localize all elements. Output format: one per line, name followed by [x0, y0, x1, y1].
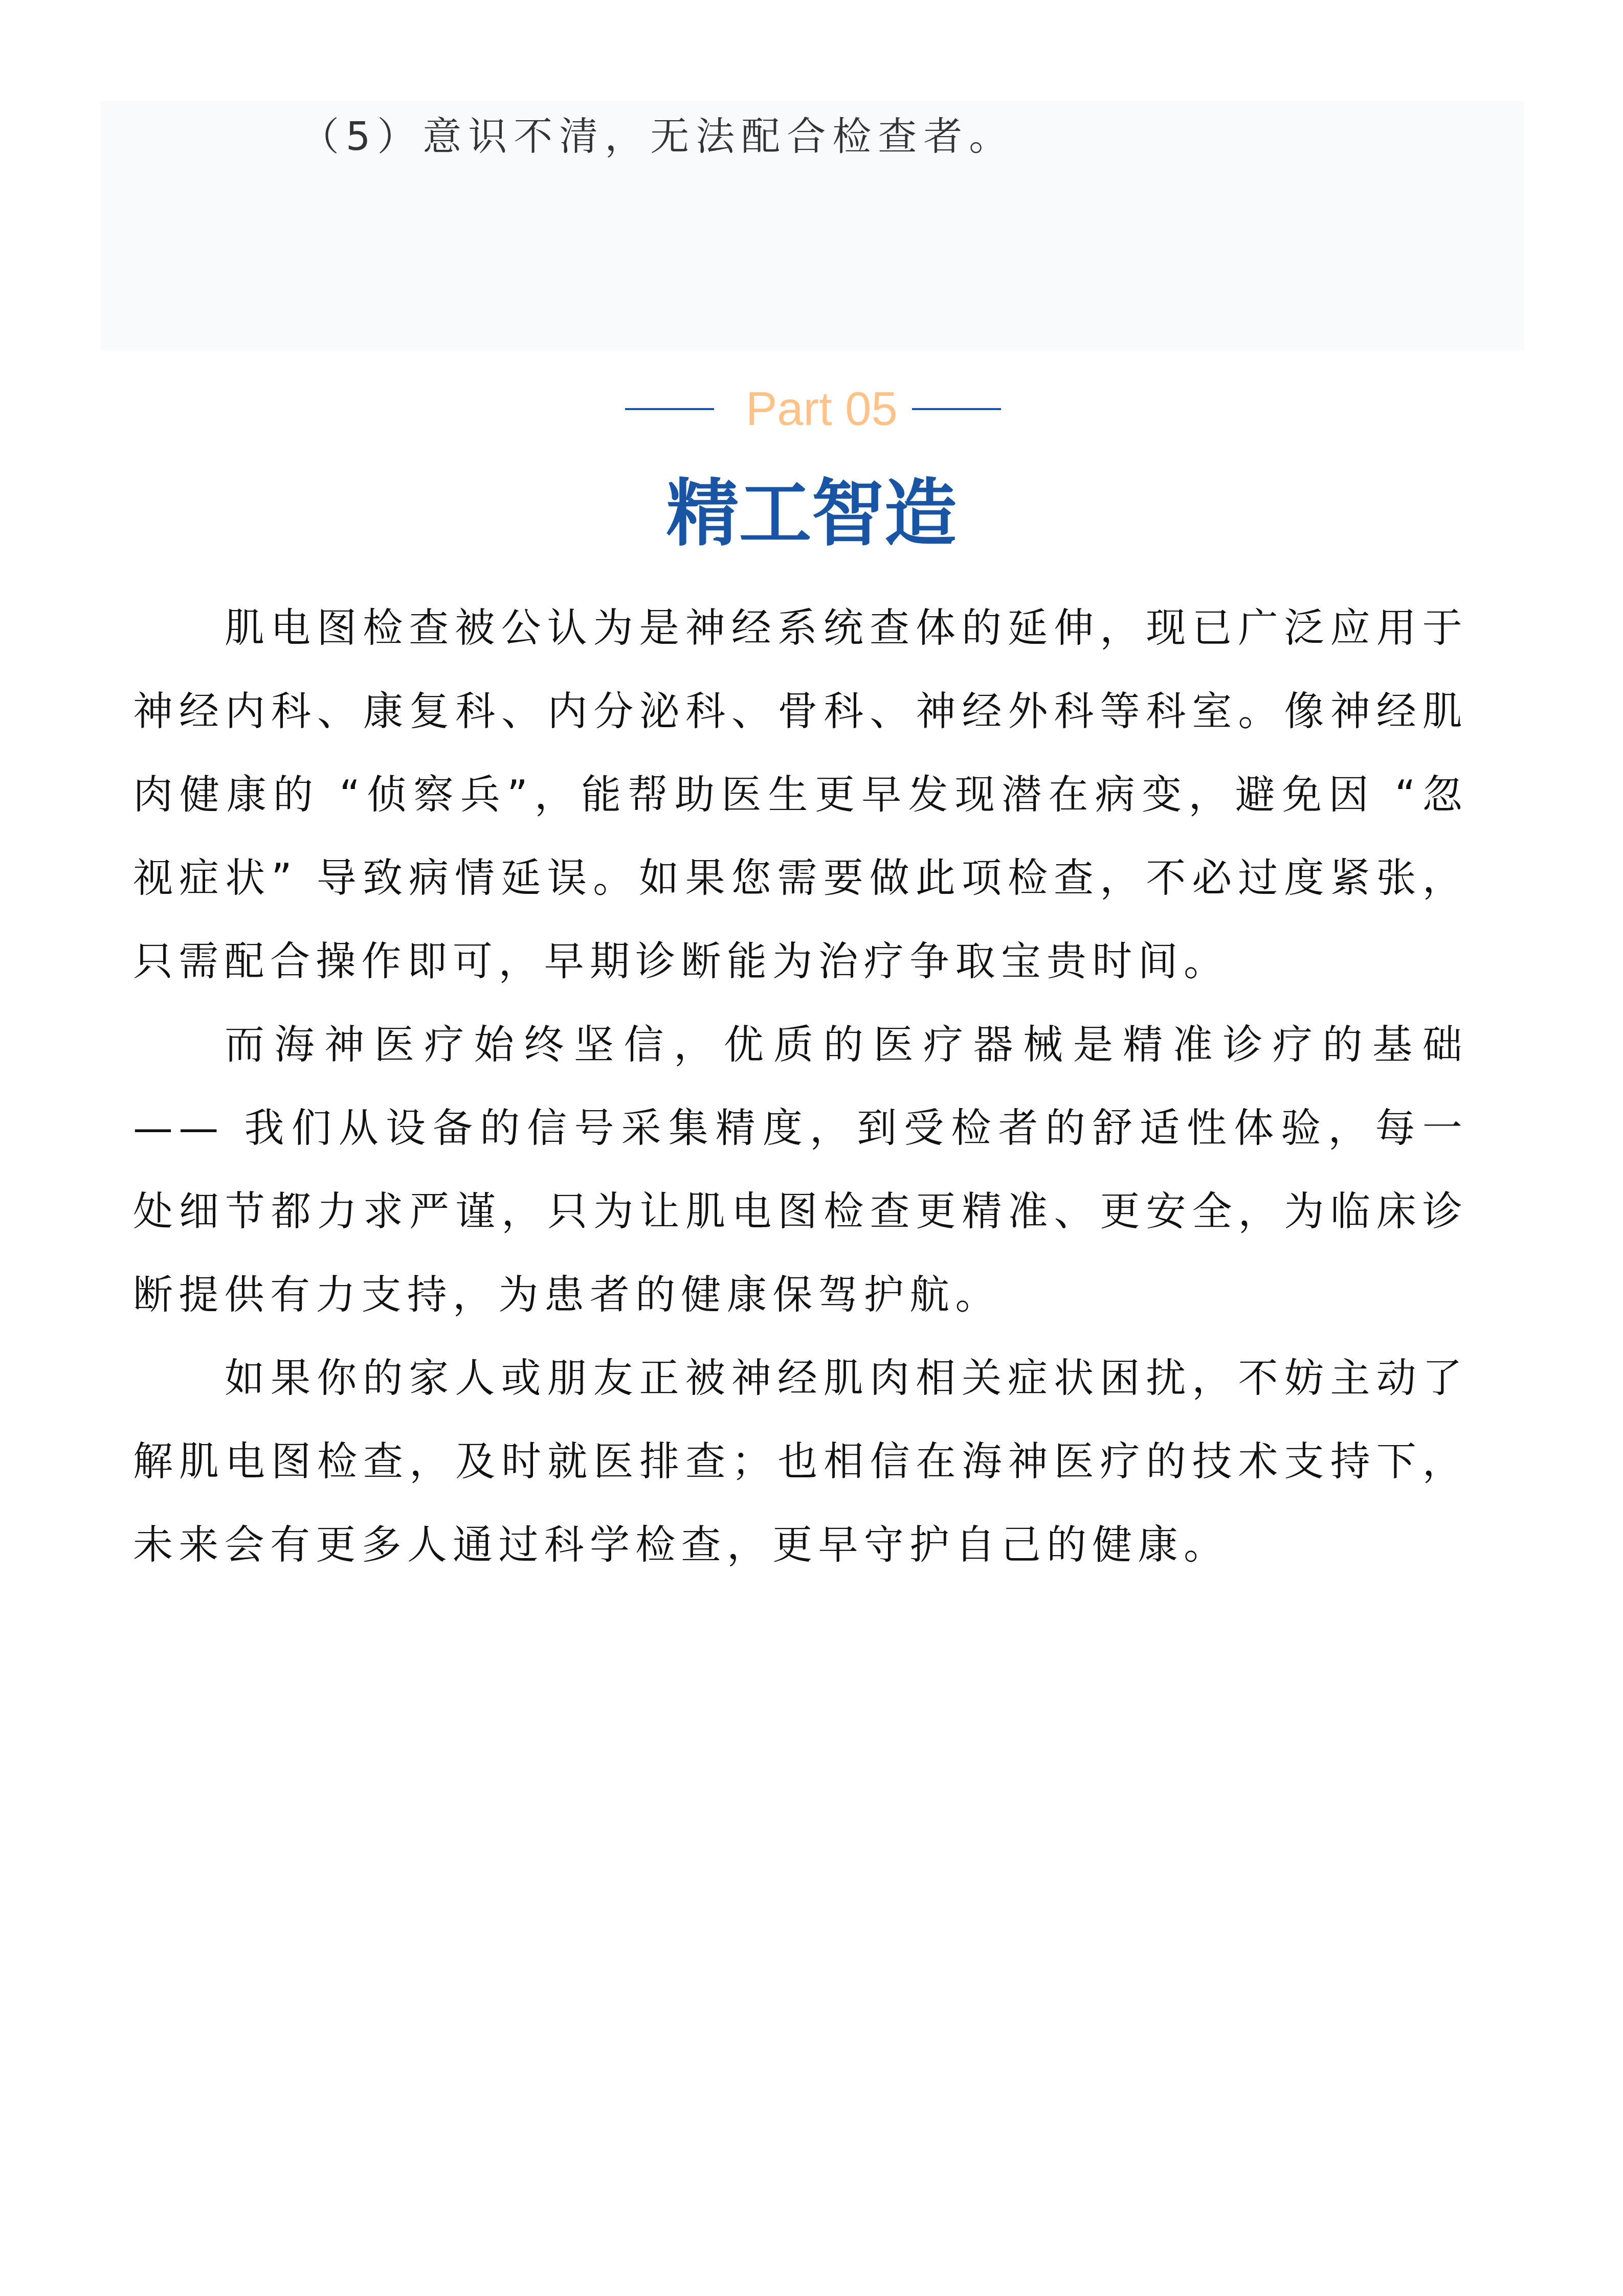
- note-item-5: （5）意识不清，无法配合检查者。: [300, 101, 1014, 172]
- article-body: 肌电图检查被公认为是神经系统查体的延伸，现已广泛应用于神经内科、康复科、内分泌科…: [133, 587, 1468, 1587]
- paragraph-1: 肌电图检查被公认为是神经系统查体的延伸，现已广泛应用于神经内科、康复科、内分泌科…: [133, 587, 1468, 1004]
- section-title: 精工智造: [0, 463, 1623, 565]
- part-label: Part 05: [746, 378, 884, 440]
- section-header: Part 05: [0, 378, 1623, 440]
- header-rule-right: [912, 408, 1001, 410]
- paragraph-3: 如果你的家人或朋友正被神经肌肉相关症状困扰，不妨主动了解肌电图检查，及时就医排查…: [133, 1337, 1468, 1587]
- note-box: （5）意识不清，无法配合检查者。: [101, 101, 1524, 350]
- header-rule-left: [625, 408, 714, 410]
- paragraph-2: 而海神医疗始终坚信，优质的医疗器械是精准诊疗的基础 —— 我们从设备的信号采集精…: [133, 1004, 1468, 1337]
